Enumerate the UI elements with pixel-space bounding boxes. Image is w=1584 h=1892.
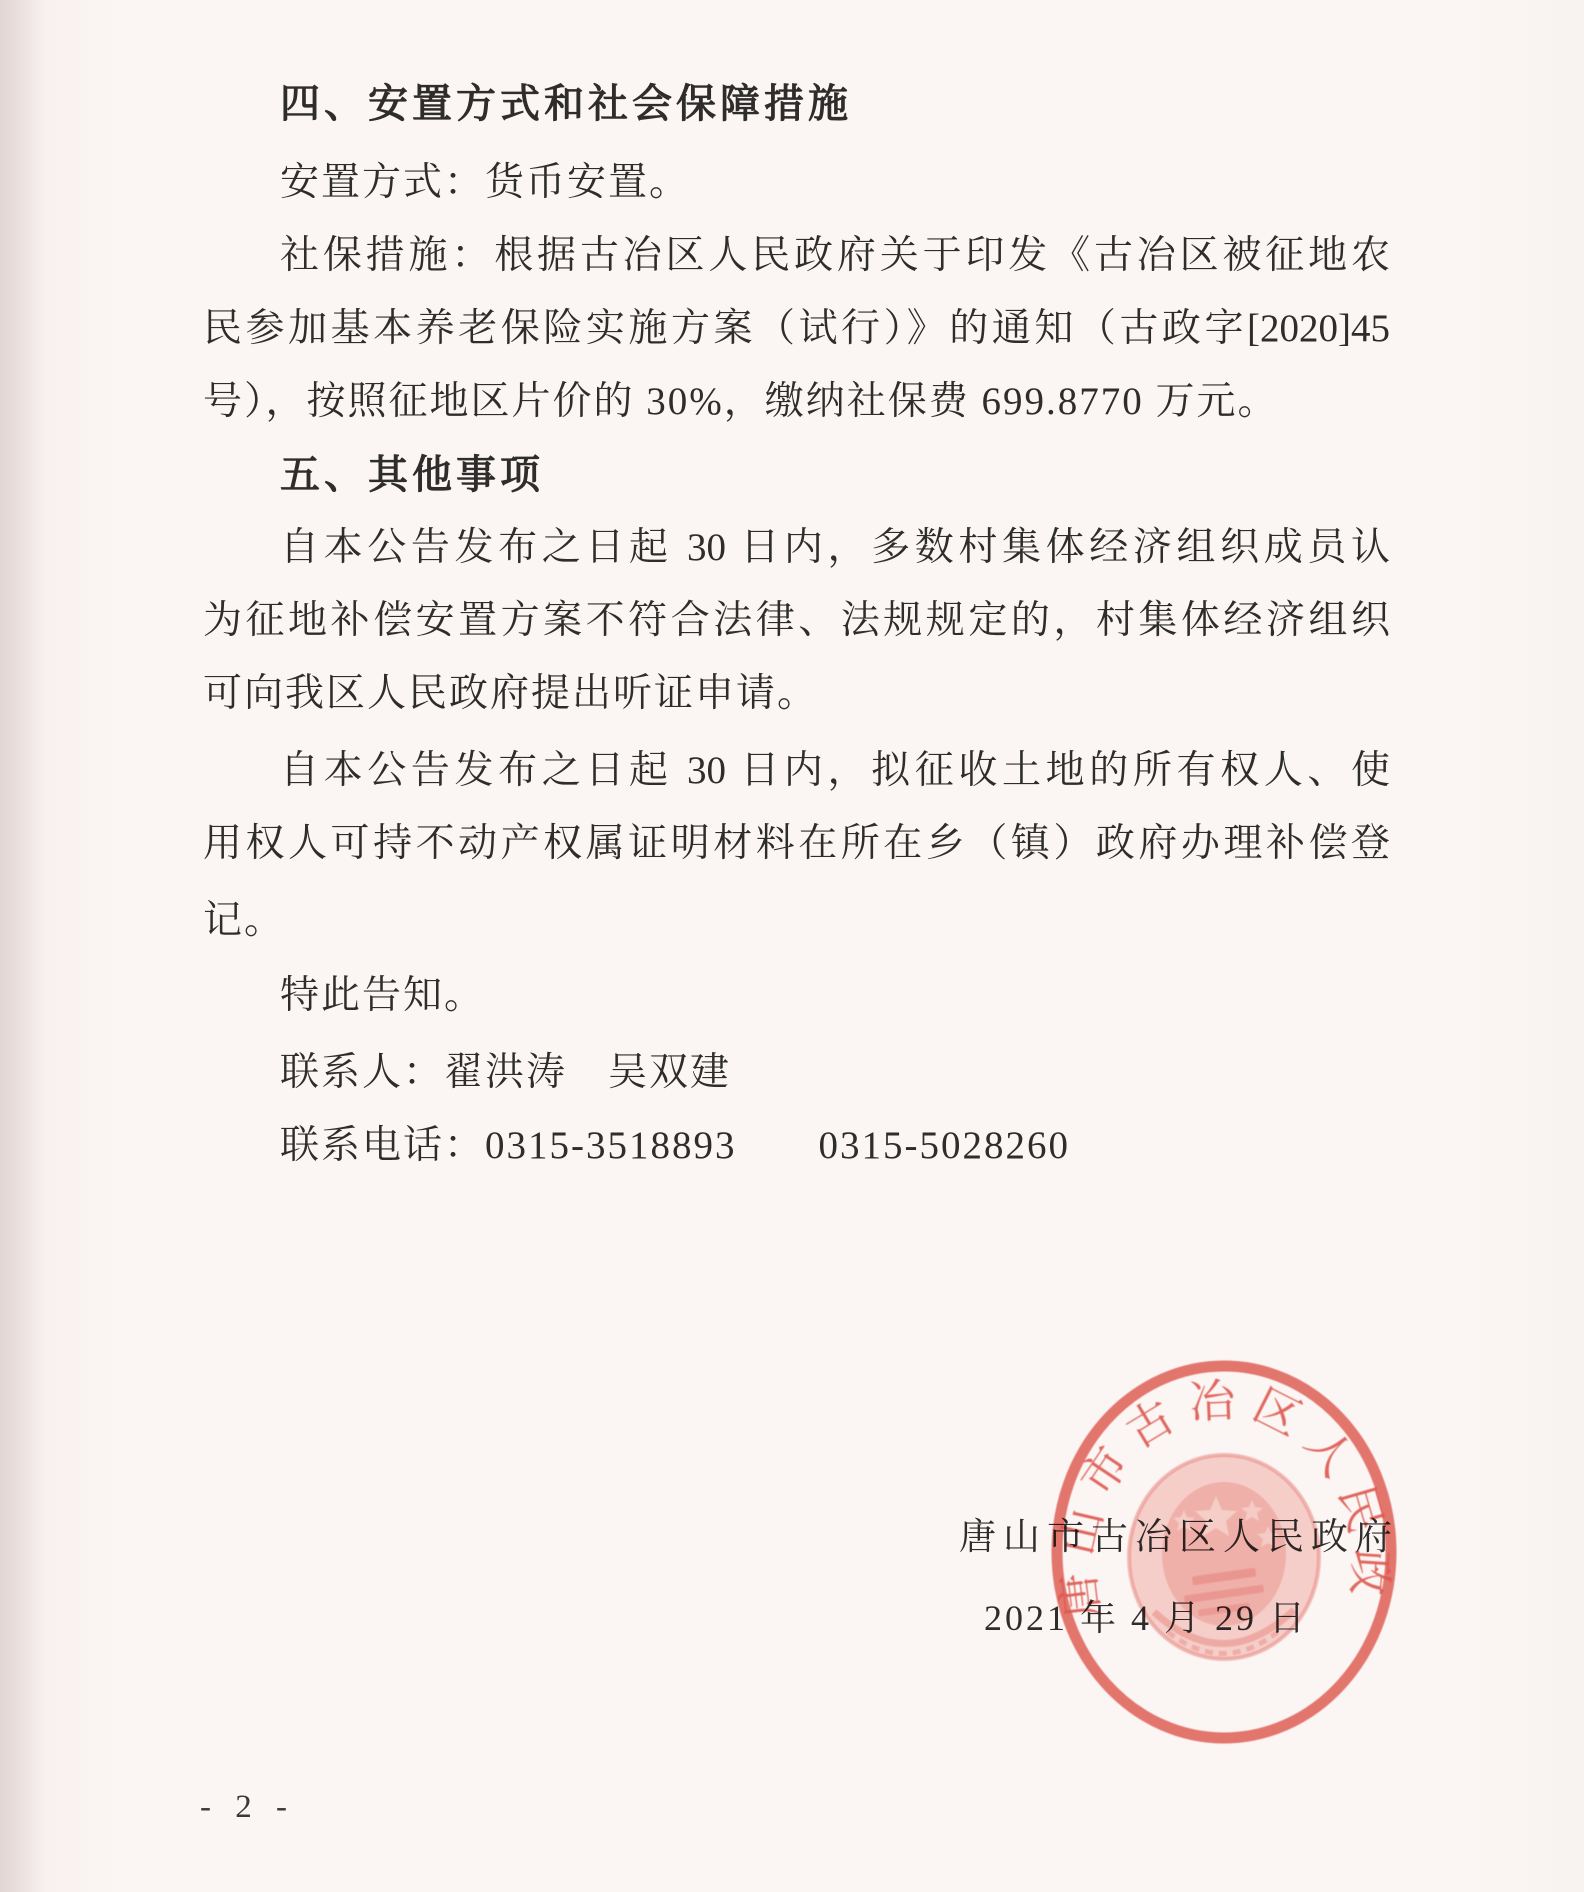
contact-phone-line: 联系电话：0315-3518893 0315-5028260 (280, 1124, 1070, 1168)
registration-para-line-1: 自本公告发布之日起 30 日内，拟征收土地的所有权人、使 (280, 749, 1390, 793)
hearing-para-line-2: 为征地补偿安置方案不符合法律、法规规定的，村集体经济组织 (203, 599, 1390, 643)
hearing-para-line-1: 自本公告发布之日起 30 日内，多数村集体经济组织成员认 (280, 526, 1390, 570)
social-security-line-3: 号），按照征地区片价的 30%，缴纳社保费 699.8770 万元。 (203, 380, 1279, 424)
seal-emblem (1129, 1455, 1319, 1659)
registration-para-line-2: 用权人可持不动产权属证明材料在所在乡（镇）政府办理补偿登 (203, 822, 1390, 866)
section-5-heading: 五、其他事项 (280, 453, 544, 498)
document-page: 四、安置方式和社会保障措施 安置方式：货币安置。 社保措施：根据古冶区人民政府关… (0, 0, 1584, 1892)
social-security-line-2: 民参加基本养老保险实施方案（试行）》的通知（古政字[2020]45 (203, 307, 1390, 351)
contact-person-line: 联系人：翟洪涛 吴双建 (280, 1051, 731, 1095)
page-number: - 2 - (200, 1789, 295, 1826)
resettlement-method-line: 安置方式：货币安置。 (280, 161, 690, 205)
social-security-line-1: 社保措施：根据古冶区人民政府关于印发《古冶区被征地农 (280, 234, 1390, 278)
official-seal: 唐山市古冶区人民政府 (1038, 1350, 1410, 1754)
hearing-para-line-3: 可向我区人民政府提出听证申请。 (203, 672, 818, 716)
page-edge-shadow (0, 0, 46, 1892)
section-4-heading: 四、安置方式和社会保障措施 (280, 82, 852, 127)
notice-line: 特此告知。 (280, 974, 485, 1018)
registration-para-line-3: 记。 (203, 899, 285, 943)
